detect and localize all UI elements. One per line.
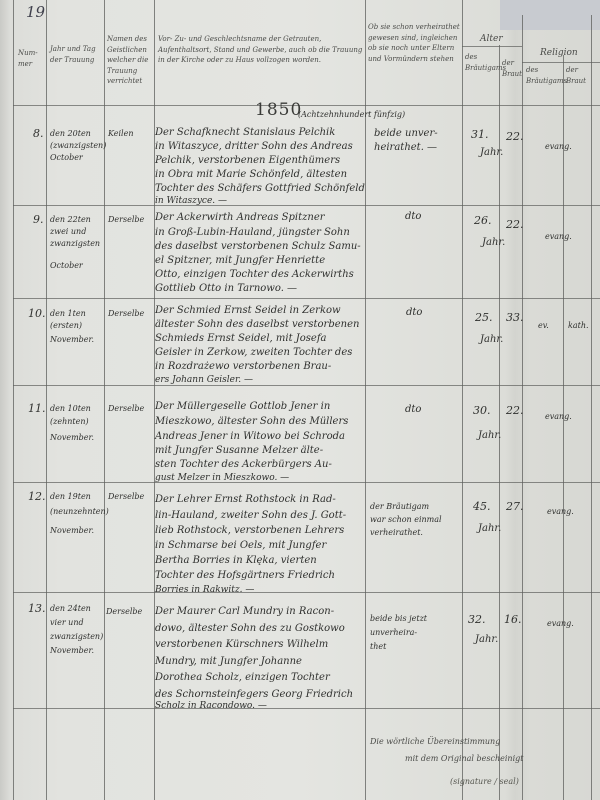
entry-text-line: Der Lehrer Ernst Rothstock in Rad- <box>155 493 336 507</box>
entry-text-line: in Rozdrażewo verstorbenen Brau- <box>155 360 331 374</box>
age-bride: 22. <box>506 218 524 232</box>
entry-text-line: sten Tochter des Ackerbürgers Au- <box>155 458 332 472</box>
entry-rule <box>13 385 600 386</box>
age-unit: Jahr. <box>482 236 505 250</box>
entry-date-line: (zehnten) <box>50 415 89 429</box>
religion-groom: evang. <box>545 140 572 154</box>
entry-number: 13. <box>28 602 46 616</box>
entry-date-line: vier und <box>50 616 84 630</box>
entry-status-line: heirathet. — <box>374 141 437 155</box>
entry-text-line: Borries in Rakwitz. — <box>155 584 254 598</box>
header-status: Ob sie schon verheirathet gewesen sind, … <box>368 22 460 64</box>
religion-groom: evang. <box>547 617 574 631</box>
religion-groom: evang. <box>547 505 574 519</box>
entry-date-line: zwanzigsten <box>50 237 100 251</box>
age-groom: 25. <box>475 311 493 325</box>
header-religion: Religion <box>540 48 578 59</box>
entry-date-line: (ersten) <box>50 319 82 333</box>
entry-status-line: beide unver- <box>374 127 438 141</box>
entry-text-line: Scholz in Racondowo. — <box>155 700 267 714</box>
religion-groom: evang. <box>545 410 572 424</box>
entry-text-line: des daselbst verstorbenen Schulz Samu- <box>155 240 361 254</box>
entry-status-line: beide bis jetzt <box>370 612 427 626</box>
age-groom: 31. <box>471 128 489 142</box>
header-religion-bride: der Braut <box>566 65 591 86</box>
entry-rule <box>13 205 600 206</box>
entry-rule <box>13 482 600 483</box>
header-age-bride: der Braut <box>502 58 522 79</box>
entry-text-line: Otto, einzigen Tochter des Ackerwirths <box>155 268 354 282</box>
entry-status-line: thet <box>370 640 386 654</box>
age-groom: 45. <box>473 500 491 514</box>
age-bride: 22. <box>506 404 524 418</box>
entry-rule <box>13 708 600 709</box>
entry-text-line: lin-Hauland, zweiter Sohn des J. Gott- <box>155 509 346 523</box>
entry-text-line: Mundry, mit Jungfer Johanne <box>155 655 302 669</box>
entry-text-line: Geisler in Zerkow, zweiten Tochter des <box>155 346 352 360</box>
entry-date-line: November. <box>50 644 94 658</box>
entry-text-line: Der Maurer Carl Mundry in Racon- <box>155 605 334 619</box>
entry-status-line: war schon einmal <box>370 513 442 527</box>
entry-text-line: mit Jungfer Susanne Melzer älte- <box>155 444 323 458</box>
age-groom: 30. <box>473 404 491 418</box>
entry-text-line: in Obra mit Marie Schönfeld, ältesten <box>155 168 347 182</box>
header-clergy: Namen des Geistlichen welcher die Trauun… <box>107 34 153 87</box>
entry-text-line: Schmieds Ernst Seidel, mit Josefa <box>155 332 327 346</box>
age-bride: 27. <box>506 500 524 514</box>
entry-text-line: Tochter des Hofsgärtners Friedrich <box>155 569 335 583</box>
religion-header-rule <box>522 62 600 63</box>
year-marker: 1850 <box>255 104 302 118</box>
entry-text-line: Der Ackerwirth Andreas Spitzner <box>155 211 325 225</box>
background-strip <box>500 0 600 30</box>
entry-status-line: der Bräutigam <box>370 500 429 514</box>
age-unit: Jahr. <box>480 333 503 347</box>
entry-text-line: dowo, ältester Sohn des zu Gostkowo <box>155 622 345 636</box>
entry-text-line: Andreas Jener in Witowo bei Schroda <box>155 430 345 444</box>
entry-date-line: den 10ten <box>50 402 91 416</box>
entry-text-line: verstorbenen Kürschners Wilhelm <box>155 638 328 652</box>
entry-date-line: October <box>50 259 83 273</box>
entry-date-line: October <box>50 151 83 165</box>
entry-text-line: Gottlieb Otto in Tarnowo. — <box>155 282 297 296</box>
signature-seal: (signature / seal) <box>450 775 519 789</box>
page-number: 19 <box>26 6 45 20</box>
header-number: Num-mer <box>18 48 46 69</box>
entry-number: 9. <box>33 213 44 227</box>
age-bride: 33. <box>506 311 524 325</box>
entry-text-line: Der Müllergeselle Gottlob Jener in <box>155 400 330 414</box>
age-unit: Jahr. <box>480 146 503 160</box>
entry-text-line: Der Schmied Ernst Seidel in Zerkow <box>155 304 341 318</box>
entry-text-line: Pelchik, verstorbenen Eigenthümers <box>155 154 340 168</box>
age-unit: Jahr. <box>478 429 501 443</box>
age-bride: 22. <box>506 130 524 144</box>
column-rule <box>46 0 47 800</box>
entry-status-line: verheirathet. <box>370 526 423 540</box>
entry-text-line: Tochter des Schäfers Gottfried Schönfeld <box>155 182 365 196</box>
entry-date-line: November. <box>50 431 94 445</box>
religion-groom: evang. <box>545 230 572 244</box>
age-unit: Jahr. <box>475 633 498 647</box>
entry-clergy: Derselbe <box>108 307 144 321</box>
entry-rule <box>13 298 600 299</box>
entry-text-line: in Witaszyce. — <box>155 195 227 209</box>
entry-number: 10. <box>28 307 46 321</box>
entry-clergy: Keilen <box>108 127 134 141</box>
age-unit: Jahr. <box>478 522 501 536</box>
age-groom: 32. <box>468 613 486 627</box>
entry-text-line: Mieszkowo, ältester Sohn des Müllers <box>155 415 348 429</box>
entry-status-line: dto <box>405 210 421 224</box>
entry-clergy: Derselbe <box>108 402 144 416</box>
header-rule <box>13 105 600 106</box>
entry-clergy: Derselbe <box>108 213 144 227</box>
entry-text-line: Dorothea Scholz, einzigen Tochter <box>155 671 330 685</box>
entry-text-line: Der Schafknecht Stanislaus Pelchik <box>155 126 335 140</box>
entry-number: 11. <box>28 402 46 416</box>
entry-text-line: in Witaszyce, dritter Sohn des Andreas <box>155 140 353 154</box>
page-edge-rule <box>13 0 14 800</box>
entry-text-line: lieb Rothstock, verstorbenen Lehrers <box>155 524 344 538</box>
entry-text-line: ältester Sohn des daselbst verstorbenen <box>155 318 359 332</box>
entry-date-line: zwanzigsten) <box>50 630 103 644</box>
entry-date-line: November. <box>50 333 94 347</box>
age-bride: 16. <box>504 613 522 627</box>
entry-text-line: Bertha Borries in Klęka, vierten <box>155 554 317 568</box>
entry-number: 8. <box>33 127 44 141</box>
entry-date-line: den 19ten <box>50 490 91 504</box>
entry-date-line: den 24ten <box>50 602 91 616</box>
header-religion-groom: des Bräutigams <box>526 65 562 86</box>
entry-rule <box>13 592 600 593</box>
entry-clergy: Derselbe <box>106 605 142 619</box>
entry-text-line: el Spitzner, mit Jungfer Henriette <box>155 254 325 268</box>
header-age-groom: des Bräutigams <box>465 52 499 73</box>
header-age: Alter <box>480 34 503 45</box>
column-rule <box>591 15 592 800</box>
entry-text-line: in Schmarse bei Oels, mit Jungfer <box>155 539 326 553</box>
entry-status-line: dto <box>405 403 421 417</box>
entry-status-line: unverheira- <box>370 626 417 640</box>
age-groom: 26. <box>474 214 492 228</box>
religion-bride: kath. <box>568 319 589 333</box>
entry-number: 12. <box>28 490 46 504</box>
entry-clergy: Derselbe <box>108 490 144 504</box>
header-names: Vor- Zu- und Geschlechtsname der Getraut… <box>158 34 363 66</box>
column-rule <box>462 0 463 800</box>
column-rule <box>563 55 564 800</box>
entry-text-line: in Groß-Lubin-Hauland, jüngster Sohn <box>155 226 350 240</box>
header-date: Jahr und Tag der Trauung <box>50 44 102 65</box>
certification-note: mit dem Original bescheinigt <box>405 752 523 766</box>
religion-groom: ev. <box>538 319 549 333</box>
entry-date-line: November. <box>50 524 94 538</box>
column-rule <box>104 0 105 800</box>
entry-text-line: ers Johann Geisler. — <box>155 374 253 388</box>
entry-status-line: dto <box>406 306 422 320</box>
entry-date-line: (neunzehnten) <box>50 505 109 519</box>
register-page: 19 Num-mer Jahr und Tag der Trauung Name… <box>0 0 600 800</box>
certification-note: Die wörtliche Übereinstimmung <box>370 735 500 749</box>
year-words: (Achtzehnhundert fünfzig) <box>298 108 405 122</box>
age-header-rule <box>462 46 522 47</box>
entry-text-line: gust Melzer in Mieszkowo. — <box>155 472 289 486</box>
